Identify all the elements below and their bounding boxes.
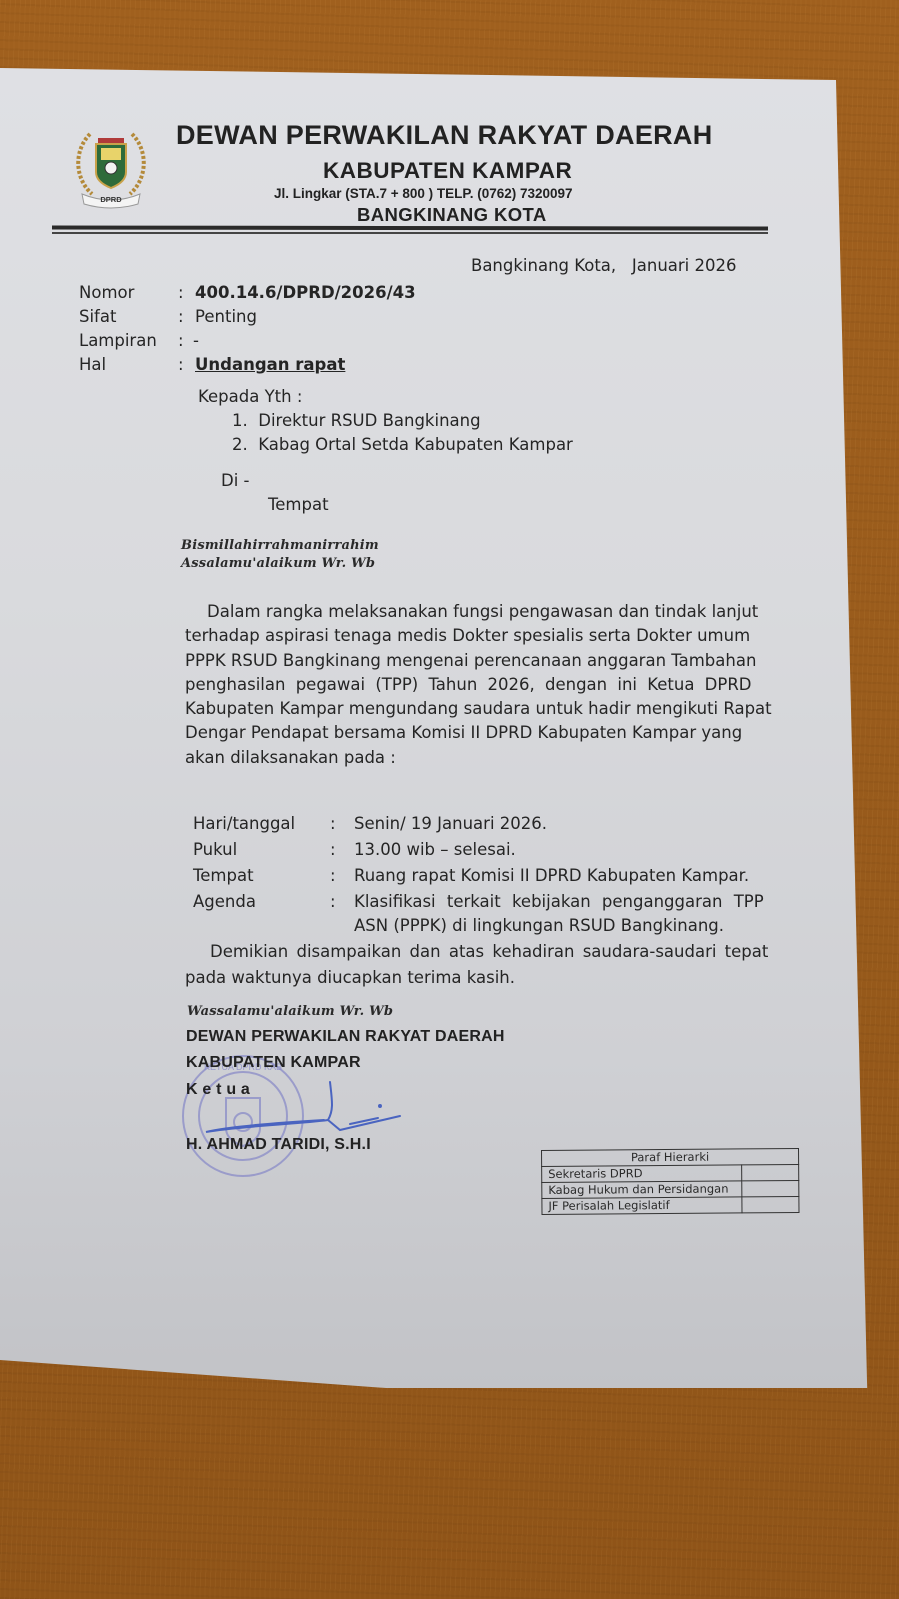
meta-colon: : [178,283,184,302]
recipient-item: 1. Direktur RSUD Bangkinang [232,411,481,430]
letterhead-region: KABUPATEN KAMPAR [323,158,572,184]
meta-colon: : [178,331,184,350]
detail-colon: : [330,840,336,859]
table-row: JF Perisalah Legislatif [542,1196,799,1214]
detail-label-agenda: Agenda [193,892,256,911]
body-line: Dalam rangka melaksanakan fungsi pengawa… [185,600,775,624]
detail-label-place: Tempat [193,866,254,885]
letter-subject: Undangan rapat [195,355,345,374]
meeting-place: Ruang rapat Komisi II DPRD Kabupaten Kam… [354,866,749,885]
detail-colon: : [330,866,336,885]
letter-attachment: - [193,331,199,350]
body-line: terhadap aspirasi tenaga medis Dokter sp… [185,624,775,648]
recipient-salutation: Kepada Yth : [198,387,302,406]
body-line: Kabupaten Kampar mengundang saudara untu… [185,697,775,721]
recipient-di: Di - [221,471,250,490]
paraf-initial-cell [742,1180,799,1196]
body-line: penghasilan pegawai (TPP) Tahun 2026, de… [185,673,775,697]
detail-colon: : [330,892,336,911]
meeting-date: Senin/ 19 Januari 2026. [354,814,547,833]
letterhead-institution: DEWAN PERWAKILAN RAKYAT DAERAH [176,120,713,151]
opening-salam: Assalamu'alaikum Wr. Wb [181,556,375,571]
meta-label-lampiran: Lampiran [79,331,157,350]
meta-label-hal: Hal [79,355,106,374]
meta-colon: : [178,355,184,374]
signatory-name: H. AHMAD TARIDI, S.H.I [186,1136,371,1154]
meeting-agenda-line2: ASN (PPPK) di lingkungan RSUD Bangkinang… [354,916,724,935]
letterhead-divider-thin [52,232,768,234]
paraf-role: JF Perisalah Legislatif [542,1197,742,1215]
body-line: akan dilaksanakan pada : [185,746,775,770]
letter-nature: Penting [195,307,257,326]
detail-colon: : [330,814,336,833]
detail-label-date: Hari/tanggal [193,814,295,833]
letterhead-city: BANGKINANG KOTA [357,204,547,226]
detail-label-time: Pukul [193,840,237,859]
body-line: PPPK RSUD Bangkinang mengenai perencanaa… [185,649,775,673]
meta-label-sifat: Sifat [79,307,116,326]
paraf-role: Sekretaris DPRD [542,1165,742,1183]
letterhead-address: Jl. Lingkar (STA.7 + 800 ) TELP. (0762) … [274,186,573,201]
closing-salam: Wassalamu'alaikum Wr. Wb [187,1004,393,1019]
body-paragraph: Dalam rangka melaksanakan fungsi pengawa… [185,600,775,770]
body-line: Dengar Pendapat bersama Komisi II DPRD K… [185,721,775,745]
place-and-date: Bangkinang Kota, Januari 2026 [471,256,737,275]
meta-colon: : [178,307,184,326]
paraf-initial-cell [742,1196,799,1212]
signature-region: KABUPATEN KAMPAR [186,1054,361,1072]
recipient-item: 2. Kabag Ortal Setda Kabupaten Kampar [232,435,573,454]
meeting-agenda: Klasifikasi terkait kebijakan penganggar… [354,892,764,911]
dprd-coat-of-arms-icon: DPRD [68,120,154,212]
paraf-hierarki-table: Paraf Hierarki Sekretaris DPRD Kabag Huk… [541,1148,800,1215]
bismillah: Bismillahirrahmanirrahim [181,538,379,553]
closing-line: pada waktunya diucapkan terima kasih. [185,968,515,987]
meta-label-nomor: Nomor [79,283,134,302]
letter-number: 400.14.6/DPRD/2026/43 [195,283,416,302]
paraf-initial-cell [742,1164,799,1180]
recipient-place: Tempat [268,495,329,514]
closing-line: Demikian disampaikan dan atas kehadiran … [210,942,768,961]
paraf-role: Kabag Hukum dan Persidangan [542,1181,742,1199]
svg-text:DPRD: DPRD [100,195,122,204]
signature-institution: DEWAN PERWAKILAN RAKYAT DAERAH [186,1028,505,1046]
meeting-time: 13.00 wib – selesai. [354,840,516,859]
